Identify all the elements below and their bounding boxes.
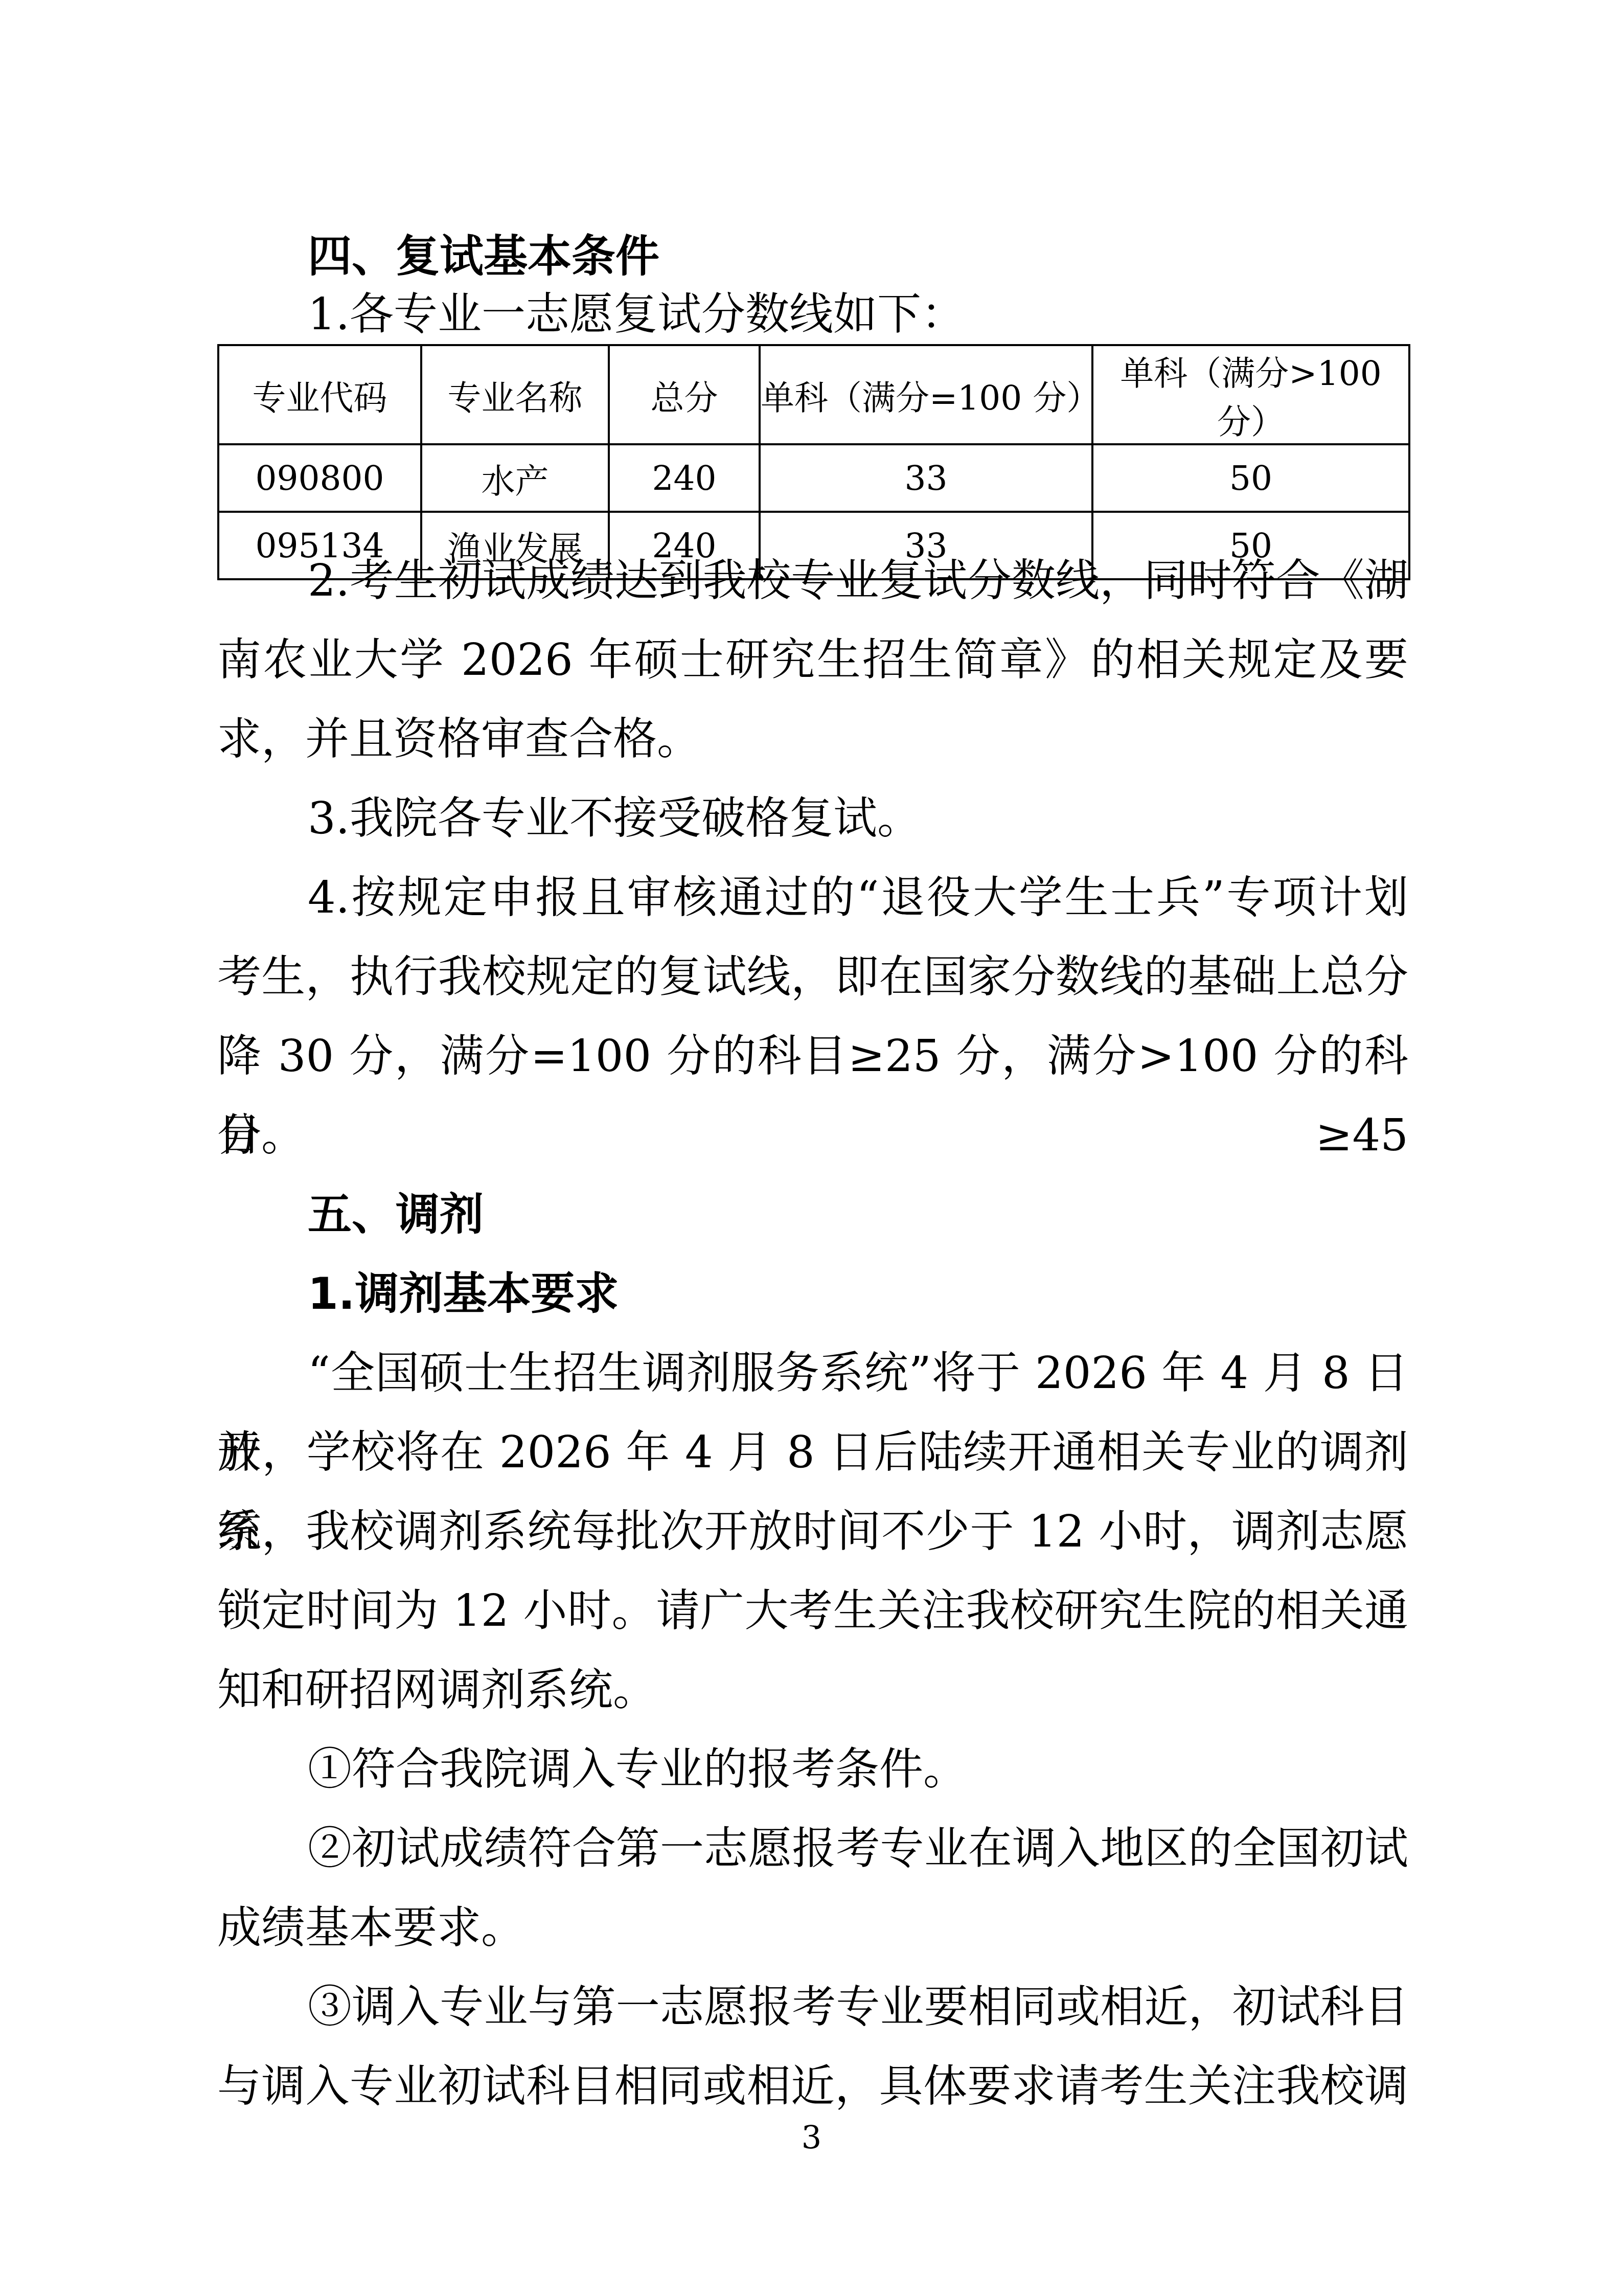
- cell-single-over-100: 50: [1092, 444, 1409, 512]
- header-single-100: 单科（满分=100 分）: [760, 345, 1092, 444]
- header-total-score: 总分: [609, 345, 760, 444]
- cell-major-code: 090800: [218, 444, 421, 512]
- table-row: 090800 水产 240 33 50: [218, 444, 1409, 512]
- paragraph-line: 2.考生初试成绩达到我校专业复试分数线，同时符合《湖: [217, 541, 1408, 621]
- paragraph-line: 3.我院各专业不接受破格复试。: [217, 779, 1408, 858]
- table-header-row: 专业代码 专业名称 总分 单科（满分=100 分） 单科（满分>100 分）: [218, 345, 1409, 444]
- paragraph-line: 南农业大学 2026 年硕士研究生招生简章》的相关规定及要: [217, 621, 1408, 700]
- cell-single-100: 33: [760, 444, 1092, 512]
- section-5-1-heading-block: 1.调剂基本要求: [217, 1255, 1408, 1334]
- paragraph-line: ①符合我院调入专业的报考条件。: [217, 1730, 1408, 1809]
- header-major-code: 专业代码: [218, 345, 421, 444]
- header-major-name: 专业名称: [421, 345, 609, 444]
- paragraph-8: ③调入专业与第一志愿报考专业要相同或相近，初试科目 与调入专业初试科目相同或相近…: [217, 1968, 1408, 2126]
- paragraph-line: ③调入专业与第一志愿报考专业要相同或相近，初试科目: [217, 1968, 1408, 2047]
- paragraph-line: 知和研招网调剂系统。: [217, 1651, 1408, 1730]
- paragraph-6: ①符合我院调入专业的报考条件。: [217, 1730, 1408, 1809]
- page-number: 3: [0, 2122, 1623, 2153]
- paragraph-7: ②初试成绩符合第一志愿报考专业在调入地区的全国初试 成绩基本要求。: [217, 1809, 1408, 1968]
- paragraph-line: 统，我校调剂系统每批次开放时间不少于 12 小时，调剂志愿: [217, 1492, 1408, 1572]
- cell-total-score: 240: [609, 444, 760, 512]
- paragraph-line: 1.各专业一志愿复试分数线如下：: [217, 275, 1408, 354]
- paragraph-line: 4.按规定申报且审核通过的“退役大学生士兵”专项计划: [217, 858, 1408, 938]
- paragraph-line: 考生，执行我校规定的复试线，即在国家分数线的基础上总分: [217, 938, 1408, 1017]
- paragraph-line: 锁定时间为 12 小时。请广大考生关注我校研究生院的相关通: [217, 1572, 1408, 1651]
- paragraph-line: ②初试成绩符合第一志愿报考专业在调入地区的全国初试: [217, 1809, 1408, 1889]
- paragraph-4: 4.按规定申报且审核通过的“退役大学生士兵”专项计划 考生，执行我校规定的复试线…: [217, 858, 1408, 1175]
- section-5-1-heading: 1.调剂基本要求: [217, 1255, 1408, 1334]
- paragraph-line: 成绩基本要求。: [217, 1889, 1408, 1968]
- paragraph-line: 降 30 分，满分=100 分的科目≥25 分，满分>100 分的科目≥45: [217, 1017, 1408, 1096]
- paragraph-3: 3.我院各专业不接受破格复试。: [217, 779, 1408, 858]
- paragraph-1: 1.各专业一志愿复试分数线如下：: [217, 275, 1408, 354]
- paragraph-line: 求，并且资格审查合格。: [217, 700, 1408, 779]
- paragraph-line: “全国硕士生招生调剂服务系统”将于 2026 年 4 月 8 日开: [217, 1334, 1408, 1413]
- header-single-over-100: 单科（满分>100 分）: [1092, 345, 1409, 444]
- document-page: 四、复试基本条件 1.各专业一志愿复试分数线如下： 专业代码 专业名称 总分 单…: [0, 0, 1623, 2296]
- cell-major-name: 水产: [421, 444, 609, 512]
- section-5-heading: 五、调剂: [217, 1175, 1408, 1255]
- paragraph-line: 与调入专业初试科目相同或相近，具体要求请考生关注我校调: [217, 2047, 1408, 2126]
- paragraph-line: 放，学校将在 2026 年 4 月 8 日后陆续开通相关专业的调剂系: [217, 1413, 1408, 1492]
- paragraph-2: 2.考生初试成绩达到我校专业复试分数线，同时符合《湖 南农业大学 2026 年硕…: [217, 541, 1408, 779]
- paragraph-5: “全国硕士生招生调剂服务系统”将于 2026 年 4 月 8 日开 放，学校将在…: [217, 1334, 1408, 1730]
- section-5-heading-block: 五、调剂: [217, 1175, 1408, 1255]
